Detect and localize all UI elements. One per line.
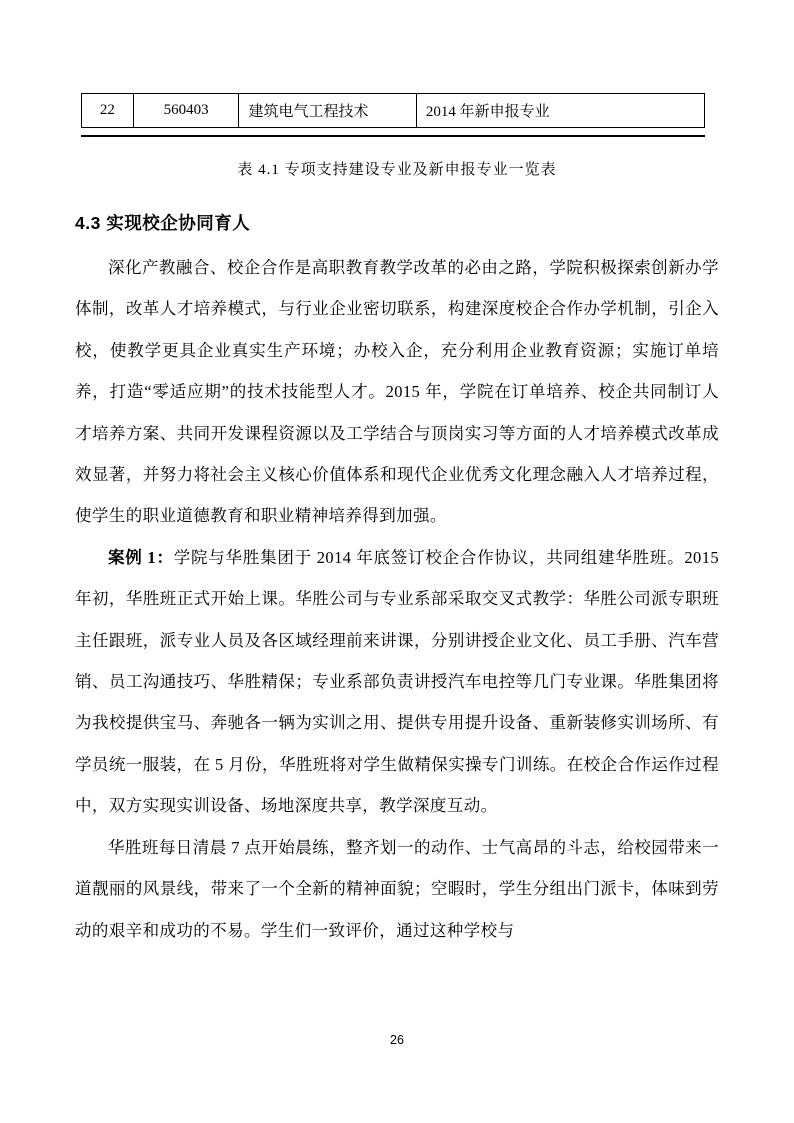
paragraph-case: 案例 1：学院与华胜集团于 2014 年底签订校企合作协议，共同组建华胜班。20… xyxy=(75,537,719,827)
table-row: 22 560403 建筑电气工程技术 2014 年新申报专业 xyxy=(81,93,705,128)
page-number: 26 xyxy=(390,1033,404,1047)
spec-table-fragment: 22 560403 建筑电气工程技术 2014 年新申报专业 xyxy=(81,93,705,137)
table-bottom-border xyxy=(81,135,705,137)
case-label: 案例 1： xyxy=(108,548,174,567)
table-cell-remark: 2014 年新申报专业 xyxy=(417,94,704,127)
case-text: 学院与华胜集团于 2014 年底签订校企合作协议，共同组建华胜班。2015 年初… xyxy=(75,548,719,815)
paragraph-intro: 深化产教融合、校企合作是高职教育教学改革的必由之路，学院积极探索创新办学体制，改… xyxy=(75,247,719,537)
document-page: 22 560403 建筑电气工程技术 2014 年新申报专业 表 4.1 专项支… xyxy=(0,0,794,1123)
table-cell-index: 22 xyxy=(82,94,134,127)
body-text: 深化产教融合、校企合作是高职教育教学改革的必由之路，学院积极探索创新办学体制，改… xyxy=(75,247,719,951)
table-cell-major-name: 建筑电气工程技术 xyxy=(239,94,416,127)
paragraph-morning: 华胜班每日清晨 7 点开始晨练，整齐划一的动作、士气高昂的斗志，给校园带来一道靓… xyxy=(75,827,719,951)
table-caption: 表 4.1 专项支持建设专业及新申报专业一览表 xyxy=(75,158,719,179)
page-footer: 26 xyxy=(0,1031,794,1049)
section-heading: 4.3 实现校企协同育人 xyxy=(75,210,719,235)
table-cell-code: 560403 xyxy=(134,94,240,127)
